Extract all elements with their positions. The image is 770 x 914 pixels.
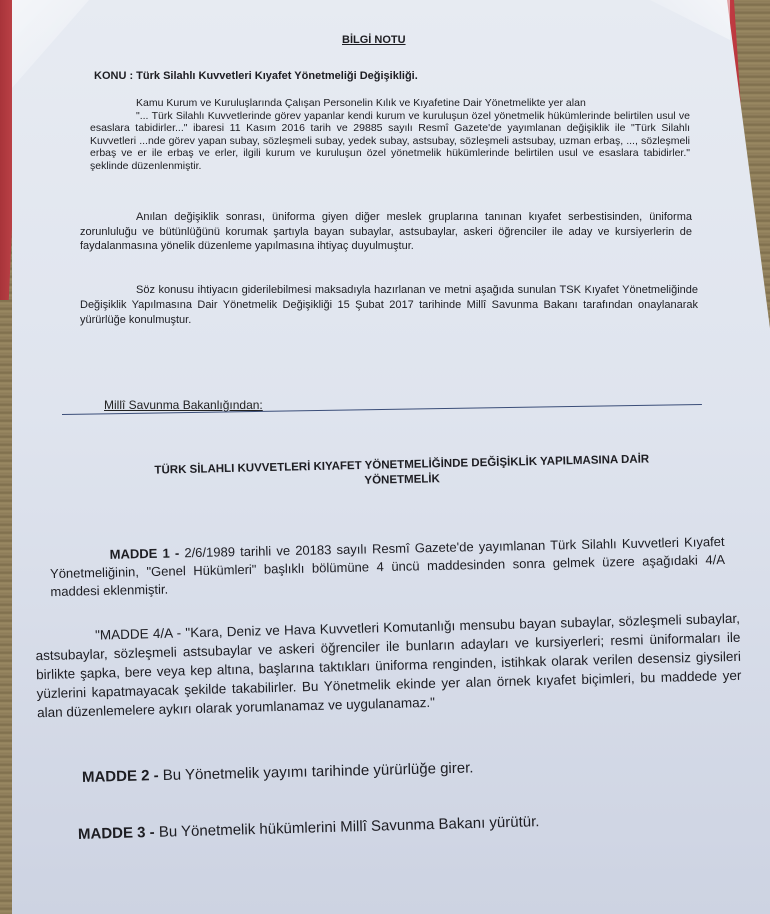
article-3: MADDE 3 - Bu Yönetmelik hükümlerini Mill… xyxy=(78,813,540,843)
article-2-label: MADDE 2 - xyxy=(82,767,159,786)
article-4a-label: "MADDE 4/A - xyxy=(95,625,181,642)
article-1-text: 2/6/1989 tarihli ve 20183 sayılı Resmî G… xyxy=(50,534,725,599)
article-3-label: MADDE 3 - xyxy=(78,824,155,843)
subject-line: KONU : Türk Silahlı Kuvvetleri Kıyafet Y… xyxy=(94,70,418,82)
article-2: MADDE 2 - Bu Yönetmelik yayımı tarihinde… xyxy=(82,759,474,786)
paragraph-1-intro: Kamu Kurum ve Kuruluşlarında Çalışan Per… xyxy=(90,97,690,110)
document-page: BİLGİ NOTU KONU : Türk Silahlı Kuvvetler… xyxy=(12,0,770,914)
subject-text: Türk Silahlı Kuvvetleri Kıyafet Yönetmel… xyxy=(136,70,418,82)
paragraph-2: Anılan değişiklik sonrası, üniforma giye… xyxy=(80,210,692,254)
article-1: MADDE 1 - 2/6/1989 tarihli ve 20183 sayı… xyxy=(50,533,726,601)
regulation-title: TÜRK SİLAHLI KUVVETLERİ KIYAFET YÖNETMEL… xyxy=(92,451,713,495)
article-4a: "MADDE 4/A - "Kara, Deniz ve Hava Kuvvet… xyxy=(35,609,742,722)
paragraph-3: Söz konusu ihtiyacın giderilebilmesi mak… xyxy=(80,283,698,328)
article-2-text: Bu Yönetmelik yayımı tarihinde yürürlüğe… xyxy=(163,759,474,784)
paragraph-1: Kamu Kurum ve Kuruluşlarında Çalışan Per… xyxy=(90,97,690,172)
ministry-heading: Millî Savunma Bakanlığından: xyxy=(104,398,263,412)
subject-label: KONU : xyxy=(94,70,133,82)
document-title: BİLGİ NOTU xyxy=(342,34,406,46)
paragraph-1-quote: "... Türk Silahlı Kuvvetlerinde görev ya… xyxy=(90,110,690,173)
article-1-label: MADDE 1 - xyxy=(110,545,180,561)
article-3-text: Bu Yönetmelik hükümlerini Millî Savunma … xyxy=(159,813,540,841)
